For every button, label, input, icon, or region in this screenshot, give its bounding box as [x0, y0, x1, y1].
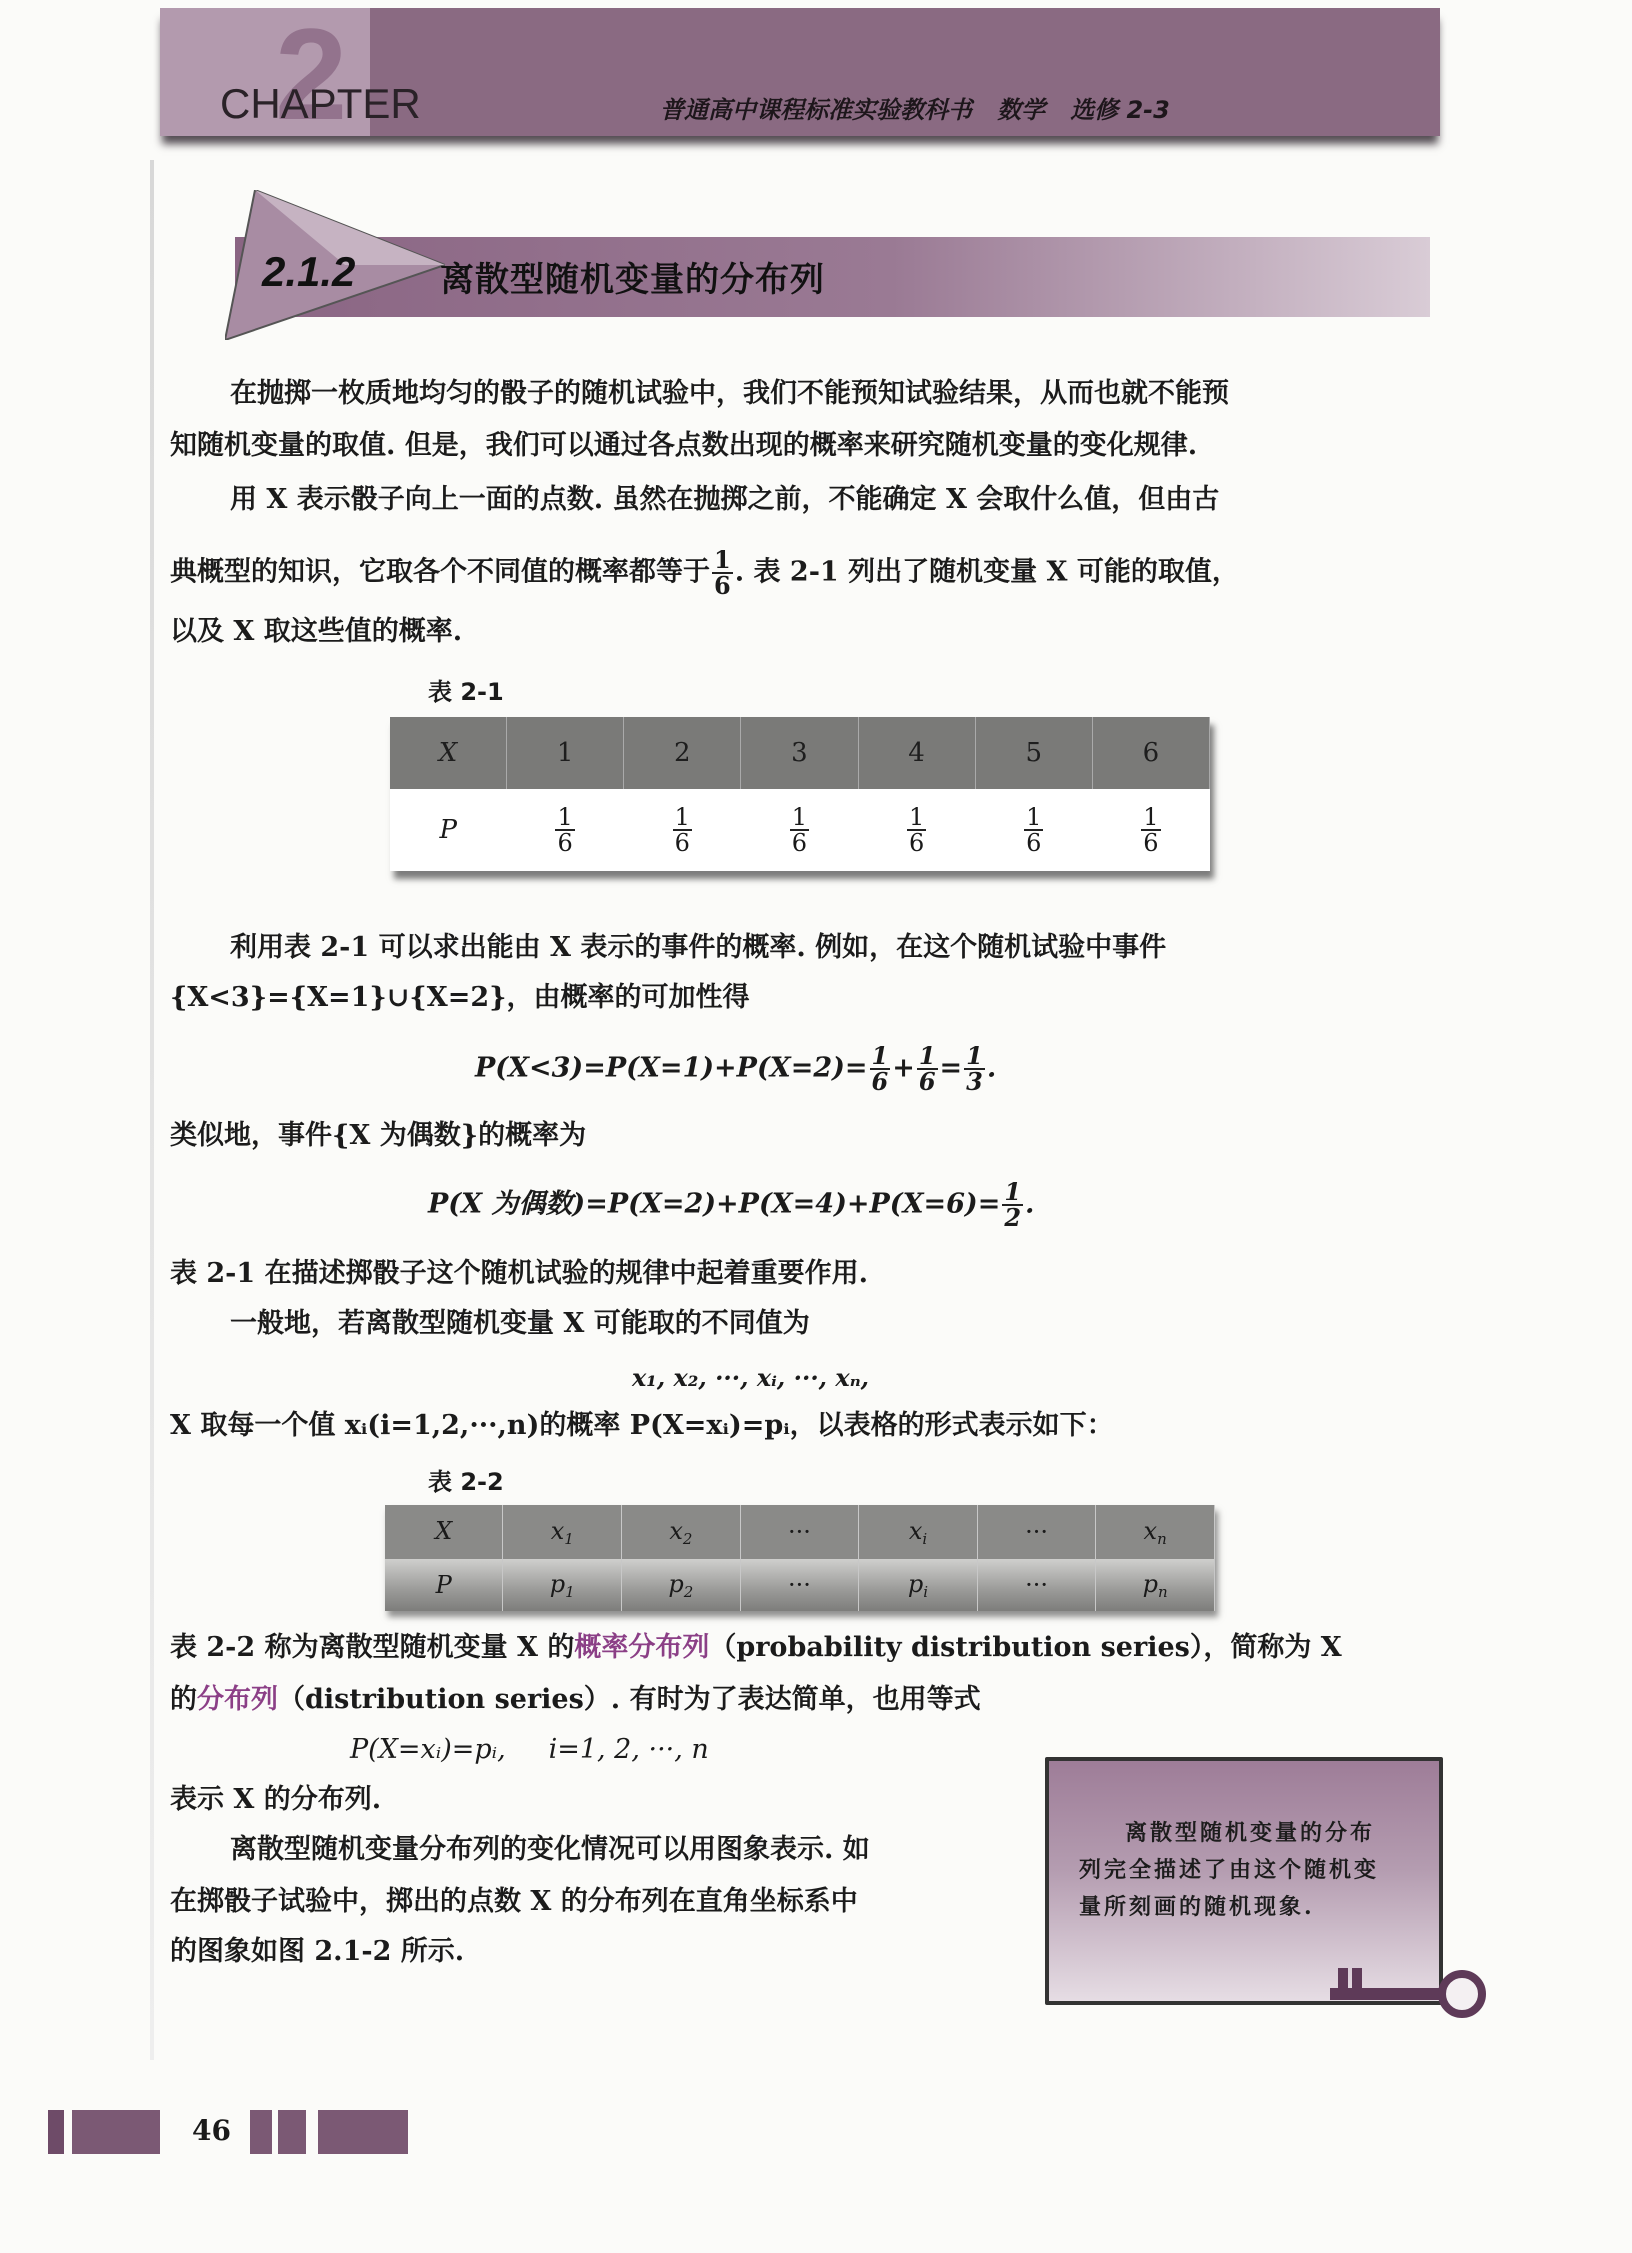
cell-text: p: [908, 1570, 923, 1598]
paragraph-line: 表示 X 的分布列.: [170, 1782, 381, 1818]
table-cell: ···: [977, 1505, 1096, 1559]
cell-text: ···: [788, 1571, 811, 1599]
paragraph-line: 表 2-1 在描述掷骰子这个随机试验的规律中起着重要作用.: [170, 1256, 868, 1292]
fraction-denominator: 3: [964, 1070, 985, 1094]
table-cell: 3: [741, 717, 858, 789]
table-2-1: X 1 2 3 4 5 6 P 16 16 16 16 16 16: [390, 717, 1210, 871]
note-line: 离散型随机变量的分布: [1079, 1815, 1419, 1852]
paragraph-line: 用 X 表示骰子向上一面的点数. 虽然在抛掷之前，不能确定 X 会取什么值，但由…: [230, 482, 1219, 518]
fraction-numerator: 1: [555, 805, 574, 831]
fraction: 16: [870, 1044, 891, 1094]
equation-text: +: [892, 1053, 915, 1084]
fraction-denominator: 6: [1141, 831, 1160, 855]
equation-text: .: [987, 1053, 996, 1084]
section-number: 2.1.2: [262, 248, 355, 296]
fraction-numerator: 1: [790, 805, 809, 831]
equation: P(X 为偶数)=P(X=2)+P(X=4)+P(X=6)=12.: [428, 1180, 1034, 1230]
cell-subscript: i: [923, 1583, 928, 1601]
equation-text: =: [940, 1053, 963, 1084]
fraction-denominator: 6: [555, 831, 574, 855]
note-line: 列完全描述了由这个随机变: [1079, 1852, 1419, 1889]
chapter-label: CHAPTER: [220, 80, 421, 128]
cell-subscript: n: [1157, 1530, 1167, 1548]
text-span: 的: [170, 1684, 197, 1715]
term-distribution-series: 分布列: [197, 1684, 278, 1715]
page-number: 46: [192, 2114, 231, 2147]
footer-decoration: [318, 2110, 408, 2154]
equation: P(X<3)=P(X=1)+P(X=2)=16+16=13.: [475, 1044, 996, 1094]
paragraph-line: 类似地，事件{X 为偶数}的概率为: [170, 1118, 586, 1154]
table-cell: pi: [859, 1559, 978, 1611]
paragraph-line: X 取每一个值 xᵢ(i=1,2,···,n)的概率 P(X=xᵢ)=pᵢ，以表…: [170, 1408, 1114, 1444]
fraction: 16: [917, 1044, 938, 1094]
fraction-denominator: 6: [673, 831, 692, 855]
key-icon: [1330, 1950, 1490, 2020]
cell-text: p: [668, 1570, 683, 1598]
paragraph-line: 的图象如图 2.1-2 所示.: [170, 1934, 464, 1970]
paragraph-line: 在抛掷一枚质地均匀的骰子的随机试验中，我们不能预知试验结果，从而也就不能预: [230, 376, 1229, 412]
term-probability-distribution-series: 概率分布列: [574, 1632, 709, 1663]
table-cell: 5: [975, 717, 1092, 789]
table-cell: pn: [1096, 1559, 1215, 1611]
table-cell: 16: [624, 789, 741, 871]
page-edge: [150, 160, 154, 2060]
table-cell: 16: [1092, 789, 1209, 871]
table-cell: ···: [977, 1559, 1096, 1611]
table-cell: ···: [740, 1505, 859, 1559]
paragraph-line: 以及 X 取这些值的概率.: [170, 614, 462, 650]
cell-text: ···: [1025, 1518, 1048, 1546]
table-cell: ···: [740, 1559, 859, 1611]
table-cell: X: [385, 1505, 503, 1559]
cell-subscript: 1: [565, 1583, 575, 1601]
fraction-denominator: 6: [907, 831, 926, 855]
table-cell: xn: [1096, 1505, 1215, 1559]
chapter-header-banner: 2 CHAPTER 普通高中课程标准实验教科书 数学 选修 2-3: [160, 8, 1440, 136]
fraction-numerator: 1: [673, 805, 692, 831]
cell-text: x: [1144, 1517, 1158, 1545]
paragraph-line: 利用表 2-1 可以求出能由 X 表示的事件的概率. 例如，在这个随机试验中事件: [230, 930, 1166, 966]
cell-text: X: [435, 1517, 452, 1545]
footer-decoration: [278, 2110, 306, 2154]
table-caption: 表 2-1: [428, 672, 504, 707]
cell-text: p: [1143, 1570, 1158, 1598]
table-row: P p1 p2 ··· pi ··· pn: [385, 1559, 1215, 1611]
fraction-denominator: 6: [870, 1070, 891, 1094]
table-cell: 16: [858, 789, 975, 871]
cell-subscript: 1: [564, 1530, 574, 1548]
table-cell: x1: [503, 1505, 622, 1559]
cell-text: p: [550, 1570, 565, 1598]
text-span: （probability distribution series），简称为 X: [709, 1632, 1341, 1663]
note-text: 离散型随机变量的分布 列完全描述了由这个随机变 量所刻画的随机现象.: [1079, 1815, 1419, 1926]
equation-text: .: [1025, 1189, 1034, 1220]
paragraph-line: 知随机变量的取值. 但是，我们可以通过各点数出现的概率来研究随机变量的变化规律.: [170, 428, 1197, 464]
table-cell: 2: [624, 717, 741, 789]
table-cell: 1: [507, 717, 624, 789]
fraction-denominator: 6: [712, 574, 733, 598]
table-cell: X: [390, 717, 507, 789]
footer-decoration: [48, 2110, 64, 2154]
table-cell: p2: [622, 1559, 741, 1611]
fraction: 12: [1002, 1180, 1023, 1230]
cell-subscript: 2: [684, 1583, 694, 1601]
fraction-numerator: 1: [907, 805, 926, 831]
table-header-row: X 1 2 3 4 5 6: [390, 717, 1210, 789]
cell-text: P: [436, 1571, 452, 1599]
text-span: 典概型的知识，它取各个不同值的概率都等于: [170, 557, 710, 588]
fraction-numerator: 1: [1024, 805, 1043, 831]
table-cell: P: [385, 1559, 503, 1611]
table-cell: p1: [503, 1559, 622, 1611]
equation-text: P(X<3)=P(X=1)+P(X=2)=: [475, 1053, 868, 1084]
table-cell: x2: [622, 1505, 741, 1559]
cell-text: ···: [788, 1518, 811, 1546]
cell-text: x: [669, 1517, 683, 1545]
paragraph-line: 的分布列（distribution series）. 有时为了表达简单，也用等式: [170, 1682, 981, 1718]
section-title: 离散型随机变量的分布列: [440, 252, 825, 301]
footer-decoration: [250, 2110, 272, 2154]
fraction: 16: [712, 548, 733, 598]
table-cell: 16: [975, 789, 1092, 871]
fraction-numerator: 1: [1141, 805, 1160, 831]
table-cell: 16: [741, 789, 858, 871]
cell-text: ···: [1025, 1571, 1048, 1599]
table-cell: xi: [859, 1505, 978, 1559]
table-cell: 4: [858, 717, 975, 789]
fraction: 13: [964, 1044, 985, 1094]
table-caption: 表 2-2: [428, 1462, 504, 1497]
cell-subscript: i: [922, 1530, 927, 1548]
paragraph-line: 离散型随机变量分布列的变化情况可以用图象表示. 如: [230, 1832, 870, 1868]
table-cell: 6: [1092, 717, 1209, 789]
paragraph-line: 一般地，若离散型随机变量 X 可能取的不同值为: [230, 1306, 810, 1342]
series-title: 普通高中课程标准实验教科书 数学 选修 2-3: [660, 90, 1170, 125]
fraction-denominator: 6: [917, 1070, 938, 1094]
equation-text: P(X 为偶数)=P(X=2)+P(X=4)+P(X=6)=: [428, 1189, 1000, 1220]
table-cell: 16: [507, 789, 624, 871]
text-span: . 表 2-1 列出了随机变量 X 可能的取值，: [735, 557, 1239, 588]
values-list: x₁, x₂, ···, xᵢ, ···, xₙ,: [632, 1360, 869, 1396]
table-row: P 16 16 16 16 16 16: [390, 789, 1210, 871]
footer-decoration: [72, 2110, 160, 2154]
paragraph-line: 典概型的知识，它取各个不同值的概率都等于16. 表 2-1 列出了随机变量 X …: [170, 548, 1239, 598]
text-span: （distribution series）. 有时为了表达简单，也用等式: [278, 1684, 981, 1715]
cell-subscript: 2: [683, 1530, 693, 1548]
cell-text: x: [909, 1517, 923, 1545]
fraction-denominator: 6: [1024, 831, 1043, 855]
fraction-denominator: 6: [790, 831, 809, 855]
equation: P(X=xᵢ)=pᵢ, i=1, 2, ···, n: [350, 1732, 709, 1768]
table-header-row: X x1 x2 ··· xi ··· xn: [385, 1505, 1215, 1559]
fraction-denominator: 2: [1002, 1206, 1023, 1230]
note-line: 量所刻画的随机现象.: [1079, 1889, 1419, 1926]
cell-subscript: n: [1158, 1583, 1168, 1601]
paragraph-line: {X<3}={X=1}∪{X=2}，由概率的可加性得: [170, 980, 750, 1016]
paragraph-line: 在掷骰子试验中，掷出的点数 X 的分布列在直角坐标系中: [170, 1884, 858, 1920]
table-2-2: X x1 x2 ··· xi ··· xn P p1 p2 ··· pi ···…: [385, 1505, 1215, 1611]
table-cell: P: [390, 789, 507, 871]
paragraph-line: 表 2-2 称为离散型随机变量 X 的概率分布列（probability dis…: [170, 1630, 1342, 1666]
chapter-badge: 2 CHAPTER: [160, 8, 370, 136]
cell-text: x: [551, 1517, 565, 1545]
text-span: 表 2-2 称为离散型随机变量 X 的: [170, 1632, 574, 1663]
